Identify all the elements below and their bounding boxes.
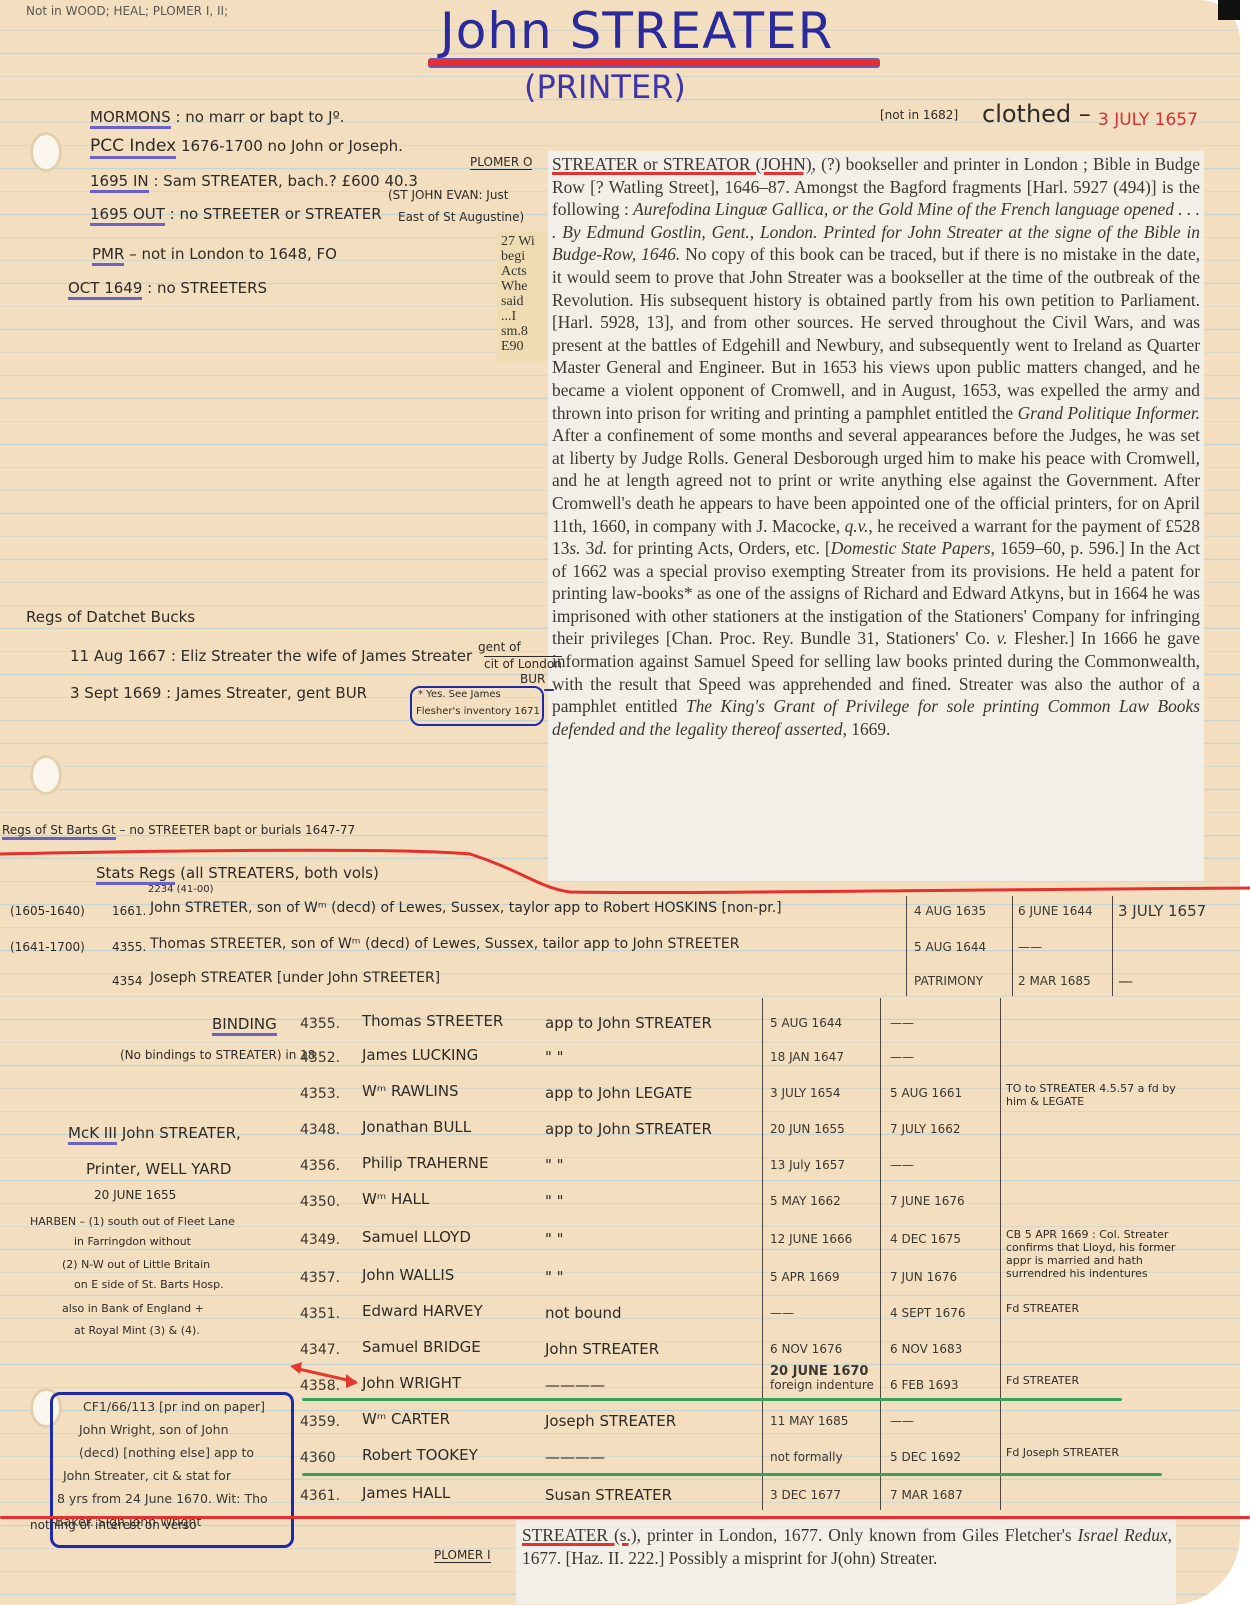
datchet-annotation-bur: BUR [520, 672, 545, 686]
red-arrow [290, 1360, 360, 1390]
binding-name: Wᵐ CARTER [362, 1410, 450, 1428]
harben-line: at Royal Mint (3) & (4). [74, 1324, 200, 1337]
column-rule [906, 896, 907, 996]
binding-name: Robert TOOKEY [362, 1446, 478, 1464]
punch-hole [30, 132, 62, 172]
binding-name: Wᵐ RAWLINS [362, 1082, 459, 1100]
binding-master: not bound [545, 1304, 622, 1322]
harben-line: also in Bank of England + [62, 1302, 204, 1315]
binding-master: app to John STREATER [545, 1120, 712, 1138]
plomer-o-label: PLOMER O [470, 155, 532, 170]
plomer-entry-clipping: STREATER or STREATOR (JOHN), (?) booksel… [548, 151, 1204, 881]
column-rule [1012, 896, 1013, 996]
binding-master: John STREATER [545, 1340, 659, 1358]
plomer-i-heading: STREATER (s.) [522, 1525, 637, 1545]
scan-corner [1218, 0, 1240, 20]
plomer-text-segment: v. [997, 628, 1008, 648]
binding-remark: TO to STREATER 4.5.57 a fd by him & LEGA… [1006, 1082, 1196, 1108]
binding-bound-date: 3 DEC 1677 [770, 1488, 841, 1502]
binding-free-date: 5 DEC 1692 [890, 1450, 961, 1464]
binding-name: Wᵐ HALL [362, 1190, 429, 1208]
plomer-entry-text: STREATER or STREATOR (JOHN), (?) booksel… [552, 153, 1200, 740]
binding-bound-date: 11 MAY 1685 [770, 1414, 848, 1428]
binding-name: Samuel LLOYD [362, 1228, 471, 1246]
note-row: 1695 OUT : no STREETER or STREATER [90, 205, 382, 223]
plomer-text-segment: Domestic State Papers [831, 538, 991, 558]
column-rule [880, 998, 881, 1510]
st-john-note-1: (ST JOHN EVAN: Just [388, 188, 508, 202]
clip-fragment-line: 27 Wi [501, 234, 553, 249]
plomer-text-segment: s. [569, 538, 580, 558]
clip-fragment-line: begi [501, 249, 553, 264]
binding-free-date: 7 MAR 1687 [890, 1488, 963, 1502]
binding-number: 4357. [300, 1270, 340, 1286]
harben-line: HARBEN – (1) south out of Fleet Lane [30, 1215, 235, 1228]
binding-bound-date: 6 NOV 1676 [770, 1342, 842, 1356]
mckerrow-note: McK III John STREATER, [68, 1124, 241, 1142]
mckerrow-line-3: 20 JUNE 1655 [94, 1188, 176, 1202]
st-john-note-2: East of St Augustine) [398, 210, 524, 224]
binding-bound-date: —— [770, 1306, 794, 1320]
index-card: Not in WOOD; HEAL; PLOMER I, II; John ST… [0, 0, 1240, 1605]
binding-number: 4349. [300, 1232, 340, 1248]
binding-free-date: 7 JUNE 1676 [890, 1194, 965, 1208]
binding-bound-date: 5 AUG 1644 [770, 1016, 842, 1030]
binding-number: 4353. [300, 1086, 340, 1102]
binding-number: 4352. [300, 1050, 340, 1066]
binding-name: James HALL [362, 1484, 450, 1502]
datchet-entry-1: 11 Aug 1667 : Eliz Streater the wife of … [70, 647, 472, 665]
binding-remark: Fd STREATER [1006, 1302, 1196, 1315]
binding-free-date: 4 DEC 1675 [890, 1232, 961, 1246]
punch-hole [30, 755, 62, 795]
note-text: 1676-1700 no John or Joseph. [176, 137, 403, 155]
binding-bound-date: 13 July 1657 [770, 1158, 845, 1172]
binding-remark: Fd STREATER [1006, 1374, 1196, 1387]
side-clipping: 27 WibegiActsWhesaid...Ism.8E90 [497, 232, 553, 362]
plomer-text-segment: for printing Acts, Orders, etc. [ [607, 538, 830, 558]
binding-bound-date: 5 APR 1669 [770, 1270, 840, 1284]
note-label: MORMONS [90, 108, 171, 129]
note-row: PMR – not in London to 1648, FO [92, 245, 337, 263]
binding-number: 4350. [300, 1194, 340, 1210]
wright-box-line: (decd) [nothing else] app to [79, 1445, 254, 1460]
binding-name: Samuel BRIDGE [362, 1338, 481, 1356]
plomer-heading: STREATER or STREATOR (JOHN) [552, 154, 812, 174]
binding-number: 4347. [300, 1342, 340, 1358]
binding-master: " " [545, 1268, 564, 1286]
plomer-text-segment: d. [594, 538, 607, 558]
clothed-label: clothed – [982, 100, 1091, 128]
stats-number: 4355. [112, 940, 146, 954]
stats-period: (1641-1700) [10, 940, 85, 954]
stats-regs-label: Stats Regs [96, 864, 175, 885]
binding-free-date: 6 NOV 1683 [890, 1342, 962, 1356]
page-title: John STREATER [440, 2, 833, 60]
binding-master: " " [545, 1048, 564, 1066]
binding-free-date: —— [890, 1158, 914, 1172]
stats-regs-heading: Stats Regs (all STREATERS, both vols) [96, 864, 379, 882]
binding-bound-date: 20 JUN 1655 [770, 1122, 845, 1136]
binding-bound-date: 12 JUNE 1666 [770, 1232, 852, 1246]
verso-note: nothing of interest on verso [30, 1518, 197, 1532]
binding-bound-date: not formally [770, 1450, 843, 1464]
stats-cloth: — [1118, 972, 1133, 990]
stats-cloth: 3 JULY 1657 [1118, 902, 1206, 920]
stats-text: John STRETER, son of Wᵐ (decd) of Lewes,… [150, 900, 782, 916]
green-underline [302, 1473, 1162, 1476]
binding-name: James LUCKING [362, 1046, 478, 1064]
page-subtitle: (PRINTER) [524, 68, 686, 106]
st-barts-note: Regs of St Barts Gt – no STREETER bapt o… [2, 823, 355, 837]
note-text: : no STREETER or STREATER [165, 205, 382, 223]
binding-free-date: —— [890, 1050, 914, 1064]
wright-box-line: CF1/66/113 [pr ind on paper] [83, 1399, 265, 1414]
binding-bound-date: 18 JAN 1647 [770, 1050, 844, 1064]
binding-bound-date: 5 MAY 1662 [770, 1194, 841, 1208]
binding-master: Susan STREATER [545, 1486, 672, 1504]
connector-line [544, 689, 554, 691]
stats-bound: 4 AUG 1635 [914, 904, 986, 918]
boxed-note: * Yes. See James Flesher's inventory 167… [410, 686, 544, 726]
clip-fragment-line: said [501, 294, 553, 309]
binding-master: " " [545, 1192, 564, 1210]
stats-bound: 5 AUG 1644 [914, 940, 986, 954]
binding-master: " " [545, 1156, 564, 1174]
plomer-text-segment: q.v. [845, 516, 869, 536]
binding-master: app to John STREATER [545, 1014, 712, 1032]
stats-regs-text: (all STREATERS, both vols) [180, 864, 379, 882]
binding-number: 4355. [300, 1016, 340, 1032]
binding-number: 4361. [300, 1488, 340, 1504]
datchet-entry-2: 3 Sept 1669 : James Streater, gent BUR [70, 684, 367, 702]
stats-free: —— [1018, 940, 1042, 954]
binding-bound-alt: 20 JUNE 1670 [770, 1364, 868, 1379]
mckerrow-line-2: Printer, WELL YARD [86, 1160, 231, 1178]
binding-master: " " [545, 1230, 564, 1248]
binding-number: 4356. [300, 1158, 340, 1174]
note-text: – not in London to 1648, FO [124, 245, 337, 263]
stats-bound: PATRIMONY [914, 974, 983, 988]
binding-free-date: —— [890, 1414, 914, 1428]
sources-note: Not in WOOD; HEAL; PLOMER I, II; [26, 4, 228, 18]
binding-number: 4360 [300, 1450, 336, 1466]
clip-fragment-line: Acts [501, 264, 553, 279]
datchet-annotation-gent: gent of [478, 640, 521, 654]
note-text: : Sam STREATER, bach.? £600 40.3 [149, 172, 418, 190]
binding-master: app to John LEGATE [545, 1084, 692, 1102]
clip-fragment-line: Whe [501, 279, 553, 294]
harben-line: on E side of St. Barts Hosp. [74, 1278, 224, 1291]
note-row: 1695 IN : Sam STREATER, bach.? £600 40.3 [90, 172, 418, 190]
column-rule [1112, 896, 1113, 996]
st-barts-label: Regs of St Barts Gt [2, 823, 116, 840]
binding-number: 4351. [300, 1306, 340, 1322]
note-label: 1695 IN [90, 172, 149, 193]
green-underline [302, 1398, 1122, 1401]
binding-free-date: 7 JUN 1676 [890, 1270, 957, 1284]
wright-box-line: John Wright, son of John [79, 1422, 229, 1437]
wright-box-line: 8 yrs from 24 June 1670. Wit: Tho [57, 1491, 268, 1506]
note-text: : no marr or bapt to Jº. [171, 108, 345, 126]
note-text: : no STREETERS [142, 279, 267, 297]
plomer-text-segment: Grand Politique Informer. [1018, 403, 1200, 423]
column-rule [762, 998, 763, 1510]
not-in-note: [not in 1682] [880, 108, 958, 122]
binding-free-date: 6 FEB 1693 [890, 1378, 959, 1392]
binding-note: (No bindings to STREATER) in 18 [120, 1048, 315, 1062]
wright-box-line: John Streater, cit & stat for [63, 1468, 231, 1483]
binding-free-date: 4 SEPT 1676 [890, 1306, 966, 1320]
binding-label: BINDING [212, 1015, 277, 1033]
plomer-text-segment: No copy of this book can be traced, but … [552, 244, 1200, 422]
stats-period: (1605-1640) [10, 904, 85, 918]
datchet-annotation-city: cit of London [484, 656, 562, 671]
binding-number: 4359. [300, 1414, 340, 1430]
binding-master: ———— [545, 1448, 605, 1466]
clothed-date: 3 JULY 1657 [1098, 110, 1198, 130]
note-label: OCT 1649 [68, 279, 142, 300]
binding-name: Thomas STREETER [362, 1012, 503, 1030]
clip-fragment-line: ...I [501, 309, 553, 324]
binding-free-date: —— [890, 1016, 914, 1030]
column-rule [1000, 998, 1001, 1510]
title-underline [428, 58, 880, 68]
binding-free-date: 5 AUG 1661 [890, 1086, 962, 1100]
st-barts-text: – no STREETER bapt or burials 1647-77 [120, 823, 356, 837]
binding-remark: CB 5 APR 1669 : Col. Streater confirms t… [1006, 1228, 1196, 1280]
binding-master: ———— [545, 1376, 605, 1394]
note-label: 1695 OUT [90, 205, 165, 226]
plomer-text-segment: 3 [581, 538, 595, 558]
binding-name: Edward HARVEY [362, 1302, 483, 1320]
clip-fragment-line: E90 [501, 339, 553, 354]
note-label: PMR [92, 245, 124, 266]
harben-line: (2) N-W out of Little Britain [62, 1258, 210, 1271]
stats-number: 1661. [112, 904, 146, 918]
stats-number: 4354 [112, 974, 143, 988]
binding-name: Philip TRAHERNE [362, 1154, 488, 1172]
binding-name: Jonathan BULL [362, 1118, 471, 1136]
binding-number: 4348. [300, 1122, 340, 1138]
plomer-text-segment: , 1669. [843, 719, 891, 739]
harben-line: in Farringdon without [74, 1235, 191, 1248]
note-row: PCC Index 1676-1700 no John or Joseph. [90, 136, 403, 156]
datchet-title: Regs of Datchet Bucks [26, 608, 195, 626]
binding-master: Joseph STREATER [545, 1412, 676, 1430]
stats-regs-ref: 2234 (41-00) [148, 884, 214, 895]
stats-free: 2 MAR 1685 [1018, 974, 1091, 988]
binding-bound-date: 3 JULY 1654 [770, 1086, 841, 1100]
stats-free: 6 JUNE 1644 [1018, 904, 1093, 918]
stats-text: Joseph STREATER [under John STREETER] [150, 970, 440, 986]
note-row: OCT 1649 : no STREETERS [68, 279, 267, 297]
stats-text: Thomas STREETER, son of Wᵐ (decd) of Lew… [150, 936, 740, 952]
note-label: PCC Index [90, 136, 176, 159]
binding-name: John WALLIS [362, 1266, 454, 1284]
binding-bound-date: foreign indenture [770, 1378, 874, 1392]
binding-remark: Fd Joseph STREATER [1006, 1446, 1196, 1459]
binding-name: John WRIGHT [362, 1374, 461, 1392]
binding-free-date: 7 JULY 1662 [890, 1122, 961, 1136]
note-row: MORMONS : no marr or bapt to Jº. [90, 108, 344, 126]
clip-fragment-line: sm.8 [501, 324, 553, 339]
plomer-i-label: PLOMER I [434, 1548, 491, 1563]
plomer-i-clipping: STREATER (s.), printer in London, 1677. … [516, 1520, 1176, 1604]
